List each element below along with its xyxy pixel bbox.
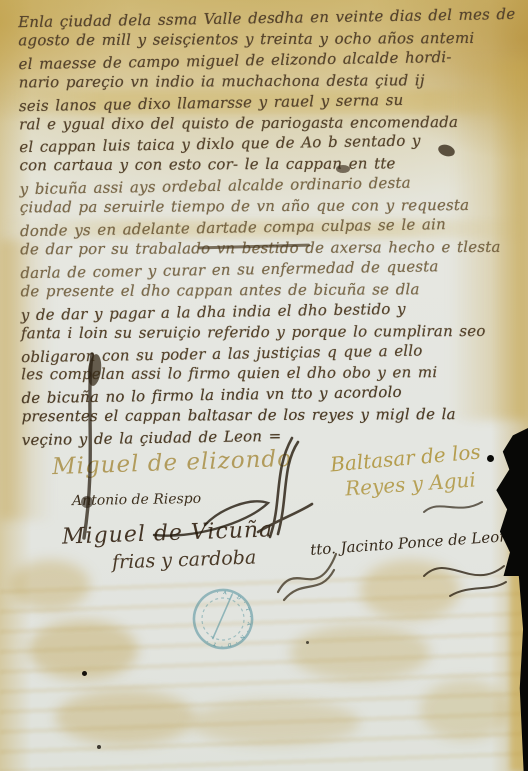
signature-rubric-icon <box>418 492 488 522</box>
stamp-ring-text: · ᴀ · ᴅ · ᴛ · ᴀ · ɴ · ᴅ · ᴛ · <box>192 581 261 655</box>
signature-jacinto-ponce-de-leon: tto. Jacinto Ponce de Leon <box>310 527 510 559</box>
page-damage-dark <box>487 455 494 462</box>
signature-frias-y-cardoba: frias y cardoba <box>112 546 257 573</box>
ink-speck <box>306 641 309 644</box>
signature-miguel-de-vicuna: Miguel de Vicuña <box>62 517 274 549</box>
ink-blot <box>336 165 350 173</box>
ink-speck <box>82 671 87 676</box>
svg-text:· ᴀ · ᴅ · ᴛ · ᴀ · ɴ · ᴅ · ᴛ ·: · ᴀ · ᴅ · ᴛ · ᴀ · ɴ · ᴅ · ᴛ · <box>192 581 261 655</box>
bleed-through-rows <box>0 575 528 771</box>
page-damage-dark <box>492 428 528 576</box>
ink-speck <box>97 745 101 749</box>
manuscript-photo: Enla çiudad dela ssma Valle desdha en ve… <box>0 0 528 771</box>
signature-antonio: Antonio de Riespo <box>72 491 201 509</box>
signature-miguel-de-elizondo: Miguel de elizondo <box>52 446 293 480</box>
